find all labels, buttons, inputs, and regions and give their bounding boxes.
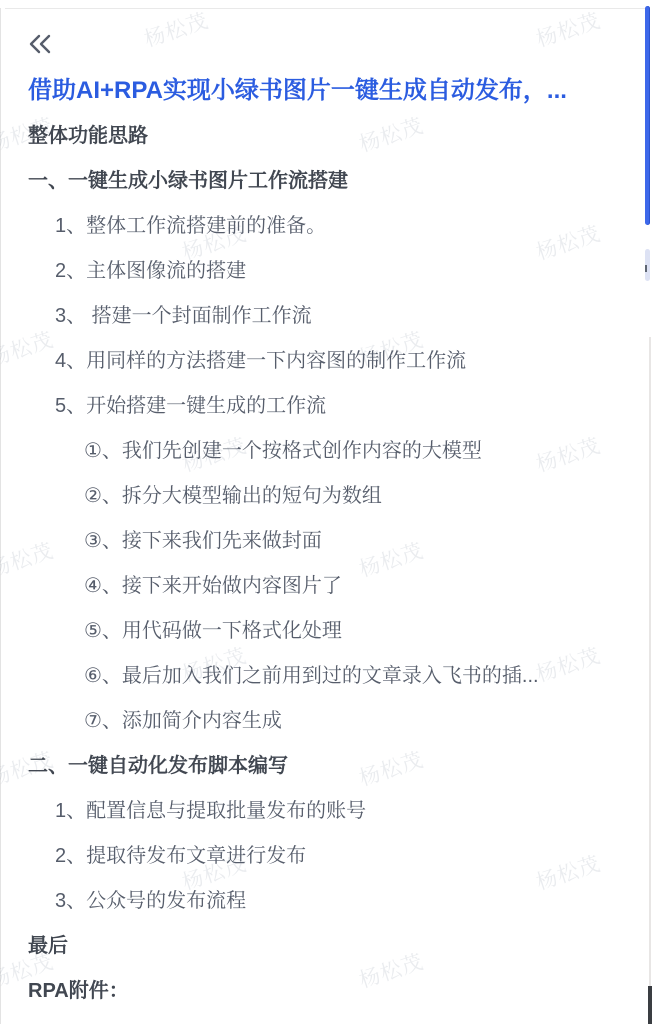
scrollbar-track-line xyxy=(649,337,651,1024)
double-left-chevron-icon xyxy=(27,32,53,56)
outline-item[interactable]: 3、公众号的发布流程 xyxy=(28,889,628,913)
outline-item[interactable]: 整体功能思路 xyxy=(28,124,628,148)
collapse-outline-button[interactable] xyxy=(27,32,53,56)
outline-item[interactable]: 最后 xyxy=(28,934,628,958)
scrollbar-thumb-blue[interactable] xyxy=(645,6,650,225)
outline-list: 整体功能思路 一、一键生成小绿书图片工作流搭建 1、整体工作流搭建前的准备。 2… xyxy=(28,124,628,1024)
outline-item[interactable]: 2、主体图像流的搭建 xyxy=(28,259,628,283)
bottom-right-dark-mark xyxy=(648,986,652,1024)
outline-item[interactable]: 1、配置信息与提取批量发布的账号 xyxy=(28,799,628,823)
outline-item[interactable]: 一、一键生成小绿书图片工作流搭建 xyxy=(28,169,628,193)
panel-top-border xyxy=(5,8,645,9)
outline-item[interactable]: ①、我们先创建一个按格式创作内容的大模型 xyxy=(28,439,628,463)
watermark-text: 杨松茂 xyxy=(140,5,212,54)
outline-item[interactable]: 5、开始搭建一键生成的工作流 xyxy=(28,394,628,418)
outline-item[interactable]: 二、一键自动化发布脚本编写 xyxy=(28,754,628,778)
panel-left-border xyxy=(0,8,1,1024)
outline-item[interactable]: ⑦、添加简介内容生成 xyxy=(28,709,628,733)
outline-item[interactable]: 3、 搭建一个封面制作工作流 xyxy=(28,304,628,328)
scrollbar-tick-mark xyxy=(645,265,647,272)
outline-item[interactable]: RPA附件： xyxy=(28,979,628,1003)
outline-item[interactable]: 4、用同样的方法搭建一下内容图的制作工作流 xyxy=(28,349,628,373)
outline-item[interactable]: ⑤、用代码做一下格式化处理 xyxy=(28,619,628,643)
outline-item[interactable]: ③、接下来我们先来做封面 xyxy=(28,529,628,553)
outline-item[interactable]: ⑥、最后加入我们之前用到过的文章录入飞书的插... xyxy=(28,664,628,688)
outline-panel: 杨松茂 杨松茂 杨松茂 杨松茂 杨松茂 杨松茂 杨松茂 杨松茂 杨松茂 杨松茂 … xyxy=(0,0,655,1024)
watermark-text: 杨松茂 xyxy=(532,5,604,54)
outline-item[interactable]: 1、整体工作流搭建前的准备。 xyxy=(28,214,628,238)
outline-item[interactable]: ④、接下来开始做内容图片了 xyxy=(28,574,628,598)
doc-title[interactable]: 借助AI+RPA实现小绿书图片一键生成自动发布，... xyxy=(28,76,618,106)
outline-item[interactable]: ②、拆分大模型输出的短句为数组 xyxy=(28,484,628,508)
outline-item[interactable]: 2、提取待发布文章进行发布 xyxy=(28,844,628,868)
